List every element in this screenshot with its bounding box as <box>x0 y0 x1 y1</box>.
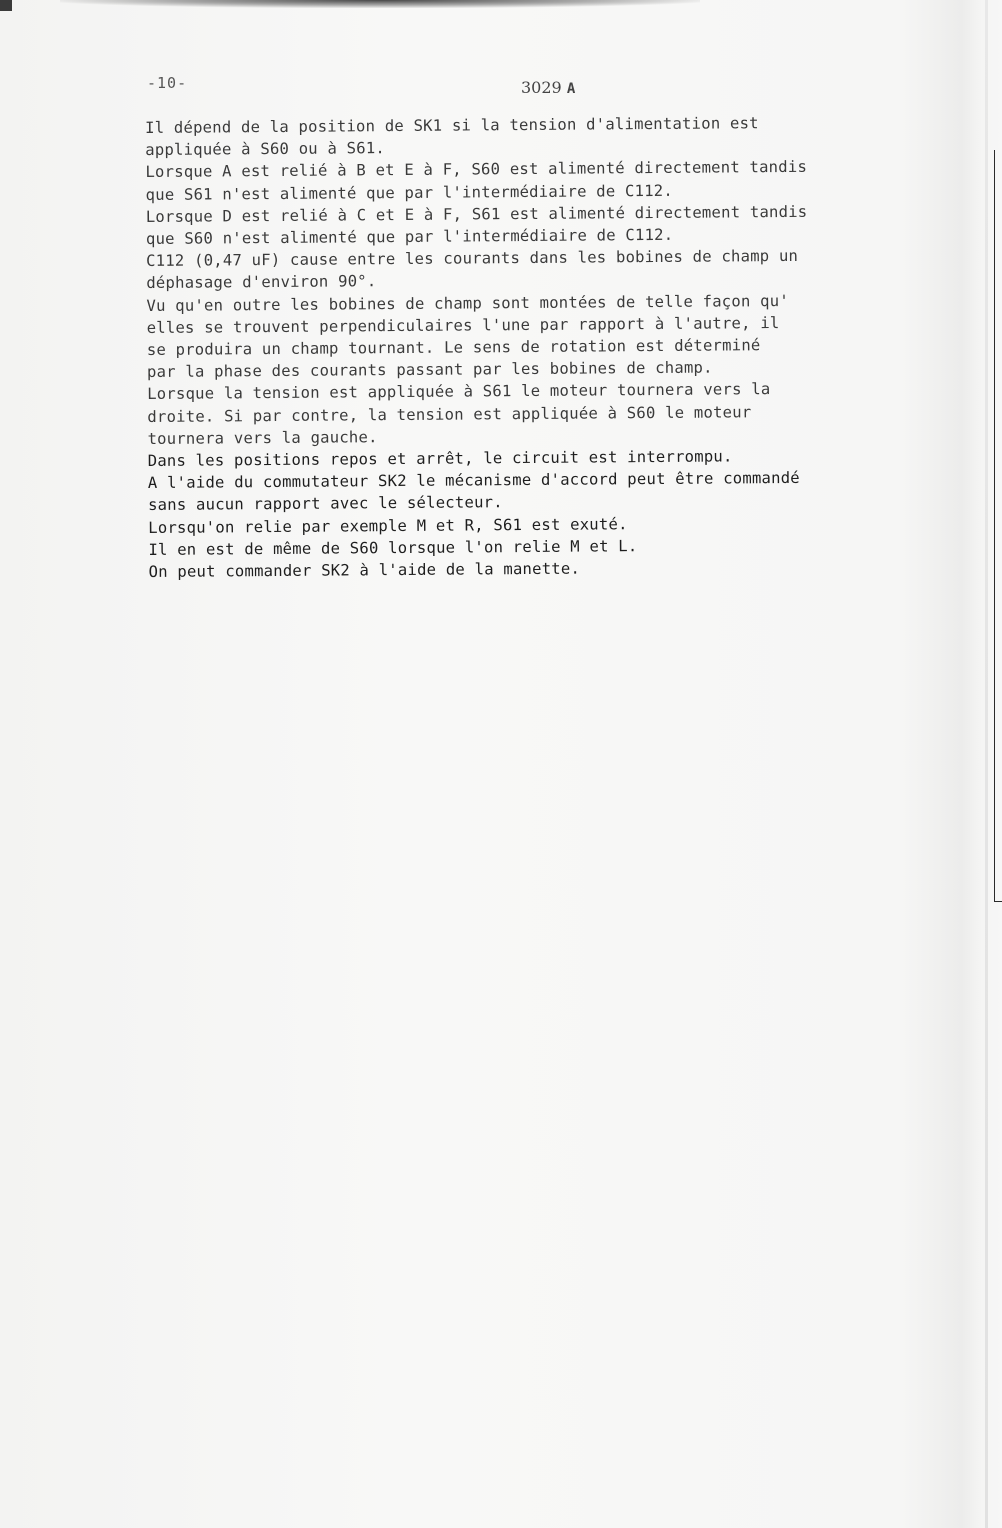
scan-corner-mark <box>0 0 12 11</box>
document-reference: 3029 A <box>521 78 575 97</box>
scan-top-shadow <box>60 0 700 8</box>
margin-rule-foot <box>994 901 1002 902</box>
page-edge-shadow <box>985 0 988 1528</box>
scanned-page: -10- 3029 A Il dépend de la position de … <box>0 0 1002 1528</box>
page-number: -10- <box>147 74 187 92</box>
margin-rule-line <box>994 150 995 902</box>
body-text: Il dépend de la position de SK1 si la te… <box>145 111 949 584</box>
document-number: 3029 <box>521 78 562 97</box>
document-suffix: A <box>567 81 575 97</box>
